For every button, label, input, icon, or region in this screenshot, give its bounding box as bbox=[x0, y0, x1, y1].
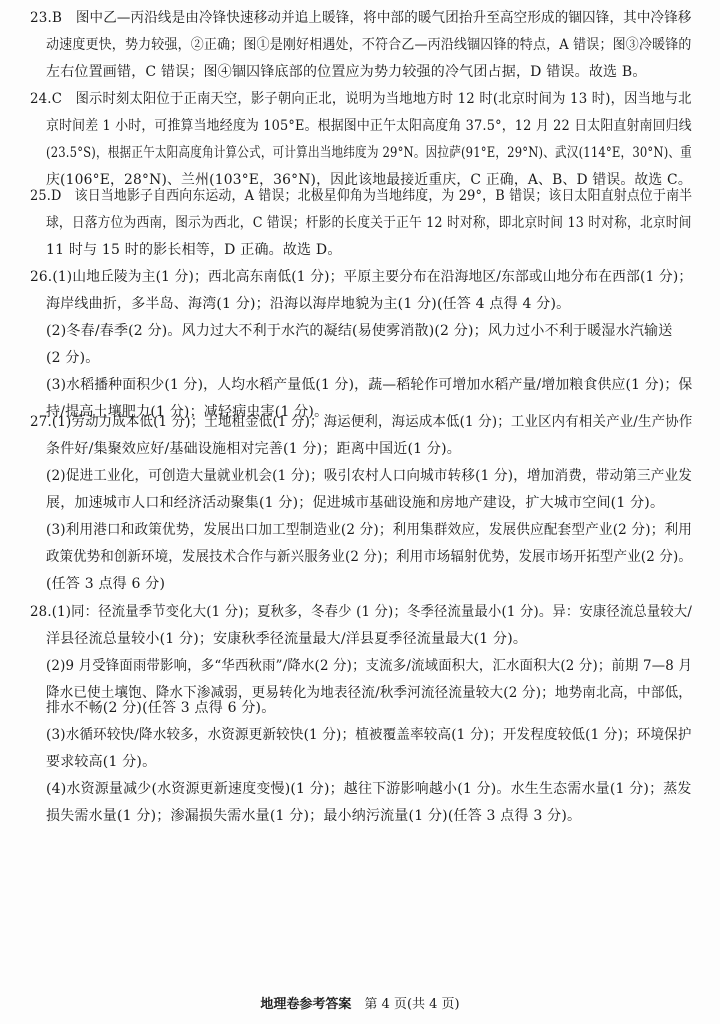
answer-24-line-2: 京时间差 1 小时，可推算当地经度为 105°E。根据图中正午太阳高度角 37.… bbox=[46, 117, 692, 135]
answer-26-line-4: (2 分)。 bbox=[46, 349, 99, 367]
answer-28-line-6: (3)水循环较快/降水较多，水资源更新较快(1 分)；植被覆盖率较高(1 分)；… bbox=[46, 726, 692, 744]
answer-27-line-5: (3)利用港口和政策优势，发展出口加工型制造业(2 分)；利用集群效应，发展供应… bbox=[46, 521, 692, 539]
answer-28-line-8: (4)水资源量减少(水资源更新速度变慢)(1 分)；越往下游影响越小(1 分)。… bbox=[46, 780, 692, 798]
answer-25-line-2: 球，日落方位为西南，图示为西北，C 错误；杆影的长度关于正午 12 时对称，即北… bbox=[46, 214, 692, 232]
answer-23-line-2: 动速度更快，势力较强，②正确；图①是刚好相遇处，不符合乙—丙沿线锢囚锋的特点，A… bbox=[46, 36, 692, 54]
answer-23-line-3: 左右位置画错，C 错误；图④锢囚锋底部的位置应为势力较强的冷气团占据，D 错误。… bbox=[46, 63, 647, 81]
answer-26-line-3: (2)冬春/春季(2 分)。风力过大不利于水汽的凝结(易使雾消散)(2 分)；风… bbox=[46, 322, 672, 340]
answer-27-line-2: 条件好/集聚效应好/基础设施相对完善(1 分)；距离中国近(1 分)。 bbox=[46, 440, 461, 458]
answer-key-page: 23.B 图中乙—丙沿线是由冷锋快速移动并追上暖锋，将中部的暖气团抬升至高空形成… bbox=[0, 0, 720, 1024]
answer-24-line-1: 24.C 图示时刻太阳位于正南天空，影子朝向正北，说明为当地地方时 12 时(北… bbox=[30, 90, 692, 108]
footer-title: 地理卷参考答案 bbox=[260, 997, 351, 1012]
page-footer: 地理卷参考答案 第 4 页(共 4 页) bbox=[0, 993, 720, 1012]
answer-28-line-1: 28.(1)同：径流量季节变化大(1 分)；夏秋多，冬春少 (1 分)；冬季径流… bbox=[30, 603, 692, 621]
answer-26-line-5: (3)水稻播种面积少(1 分)，人均水稻产量低(1 分)，蔬—稻轮作可增加水稻产… bbox=[46, 376, 692, 394]
answer-23-line-1: 23.B 图中乙—丙沿线是由冷锋快速移动并追上暖锋，将中部的暖气团抬升至高空形成… bbox=[30, 9, 692, 27]
footer-page-number: 第 4 页(共 4 页) bbox=[364, 997, 459, 1012]
answer-27-line-7: (任答 3 点得 6 分) bbox=[46, 575, 165, 593]
answer-28-line-7: 要求较高(1 分)。 bbox=[46, 753, 156, 771]
answer-27-line-4: 展，加速城市人口和经济活动聚集(1 分)；促进城市基础设施和房地产建设，扩大城市… bbox=[46, 494, 664, 512]
answer-27-line-3: (2)促进工业化，可创造大量就业机会(1 分)；吸引农村人口向城市转移(1 分)… bbox=[46, 467, 692, 485]
answer-25-line-1: 25.D 该日当地影子自西向东运动，A 错误；北极星仰角为当地纬度，为 29°，… bbox=[30, 187, 692, 205]
answer-28-line-2: 洋县径流总量较小(1 分)；安康秋季径流量最大/洋县夏季径流量最大(1 分)。 bbox=[46, 630, 527, 648]
answer-24-line-3: (23.5°S)，根据正午太阳高度角计算公式，可计算出当地纬度为 29°N。因拉… bbox=[46, 144, 692, 162]
answer-28-line-5: 排水不畅(2 分)(任答 3 点得 6 分)。 bbox=[46, 699, 275, 717]
answer-26-line-2: 海岸线曲折，多半岛、海湾(1 分)；沿海以海岸地貌为主(1 分)(任答 4 点得… bbox=[46, 295, 570, 313]
answer-27-line-1: 27.(1)劳动力成本低(1 分)；土地租金低(1 分)；海运便利，海运成本低(… bbox=[30, 413, 692, 431]
answer-28-line-3: (2)9 月受锋面雨带影响，多“华西秋雨”/降水(2 分)；支流多/流域面积大，… bbox=[46, 657, 692, 675]
answer-27-line-6: 政策优势和创新环境，发展技术合作与新兴服务业(2 分)；利用市场辐射优势，发展市… bbox=[46, 548, 692, 566]
answer-26-line-1: 26.(1)山地丘陵为主(1 分)；西北高东南低(1 分)；平原主要分布在沿海地… bbox=[30, 268, 692, 286]
answer-25-line-3: 11 时与 15 时的影长相等，D 正确。故选 D。 bbox=[46, 241, 342, 259]
answer-28-line-9: 损失需水量(1 分)；渗漏损失需水量(1 分)；最小纳污流量(1 分)(任答 3… bbox=[46, 807, 581, 825]
